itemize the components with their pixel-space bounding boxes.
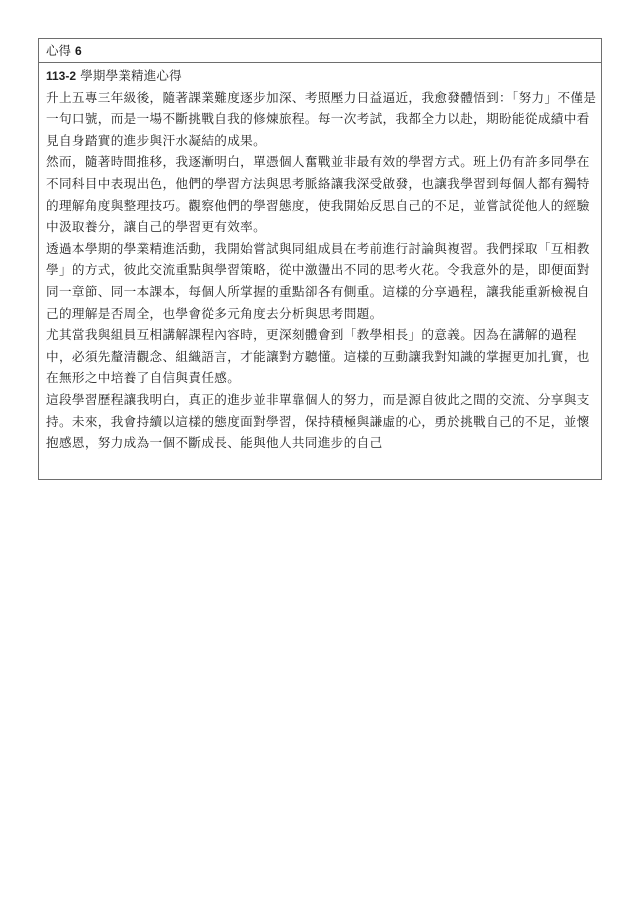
term-label: 113-2: [46, 69, 76, 83]
document-page: 心得 6 113-2 學期學業精進心得 升上五專三年級後，隨著課業難度逐步加深、…: [0, 0, 640, 905]
paragraph-1: 升上五專三年級後，隨著課業難度逐步加深、考照壓力日益逼近，我愈發體悟到：「努力」…: [46, 87, 601, 152]
paragraph-2: 然而，隨著時間推移，我逐漸明白，單憑個人奮戰並非最有效的學習方式。班上仍有許多同…: [46, 151, 601, 237]
reflection-title-row: 心得 6: [39, 39, 601, 63]
text-line: 的理解角度與整理技巧。觀察他們的學習態度，使我開始反思自己的不足，並嘗試從他人的…: [46, 195, 601, 217]
text-line: 學」的方式，彼此交流重點與學習策略，從中激盪出不同的思考火花。令我意外的是，即便…: [46, 259, 601, 281]
text-line: 透過本學期的學業精進活動，我開始嘗試與同組成員在考前進行討論與複習。我們採取「互…: [46, 238, 601, 260]
text-line: 在無形之中培養了自信與責任感。: [46, 367, 601, 389]
text-line: 見自身踏實的進步與汗水凝結的成果。: [46, 130, 601, 152]
text-line: 己的理解是否周全，也學會從多元角度去分析與思考問題。: [46, 303, 601, 325]
reflection-body: 113-2 學期學業精進心得 升上五專三年級後，隨著課業難度逐步加深、考照壓力日…: [39, 63, 601, 479]
text-line: 同一章節、同一本課本，每個人所掌握的重點卻各有側重。這樣的分享過程，讓我能重新檢…: [46, 281, 601, 303]
text-line: 尤其當我與組員互相講解課程內容時，更深刻體會到「教學相長」的意義。因為在講解的過…: [46, 324, 601, 346]
text-line: 一句口號，而是一場不斷挑戰自我的修煉旅程。每一次考試，我都全力以赴，期盼能從成績…: [46, 108, 601, 130]
text-line: 抱感恩，努力成為一個不斷成長、能與他人共同進步的自己: [46, 432, 601, 454]
paragraph-5: 這段學習歷程讓我明白，真正的進步並非單靠個人的努力，而是源自彼此之間的交流、分享…: [46, 389, 601, 454]
reflection-table: 心得 6 113-2 學期學業精進心得 升上五專三年級後，隨著課業難度逐步加深、…: [38, 38, 602, 480]
text-line: 不同科目中表現出色，他們的學習方法與思考脈絡讓我深受啟發，也讓我學習到每個人都有…: [46, 173, 601, 195]
paragraph-4: 尤其當我與組員互相講解課程內容時，更深刻體會到「教學相長」的意義。因為在講解的過…: [46, 324, 601, 389]
text-line: 中汲取養分，讓自己的學習更有效率。: [46, 216, 601, 238]
reflection-title-label: 心得: [46, 43, 71, 58]
reflection-subtitle: 113-2 學期學業精進心得: [46, 65, 601, 87]
text-line: 升上五專三年級後，隨著課業難度逐步加深、考照壓力日益逼近，我愈發體悟到：「努力」…: [46, 87, 601, 109]
subtitle-text: 學期學業精進心得: [80, 68, 182, 83]
reflection-title-number: 6: [75, 44, 82, 58]
text-line: 然而，隨著時間推移，我逐漸明白，單憑個人奮戰並非最有效的學習方式。班上仍有許多同…: [46, 151, 601, 173]
text-line: 這段學習歷程讓我明白，真正的進步並非單靠個人的努力，而是源自彼此之間的交流、分享…: [46, 389, 601, 411]
text-line: 中，必須先釐清觀念、組織語言，才能讓對方聽懂。這樣的互動讓我對知識的掌握更加扎實…: [46, 346, 601, 368]
paragraph-3: 透過本學期的學業精進活動，我開始嘗試與同組成員在考前進行討論與複習。我們採取「互…: [46, 238, 601, 324]
text-line: 持。未來，我會持續以這樣的態度面對學習，保持積極與謙虛的心，勇於挑戰自己的不足，…: [46, 411, 601, 433]
